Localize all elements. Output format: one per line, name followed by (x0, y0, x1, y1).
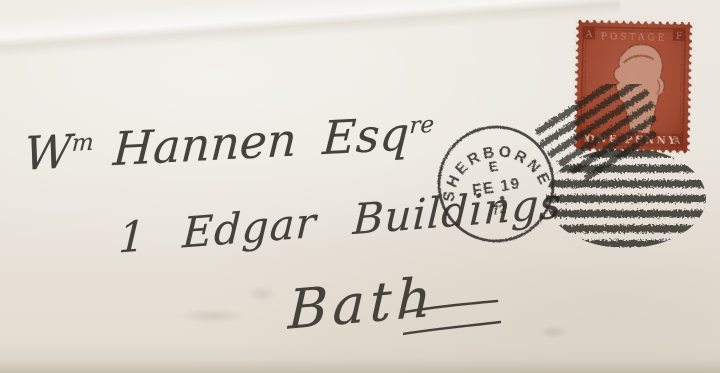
stamp-corner-letter-top-right: F (676, 32, 682, 42)
ink-smudge (165, 306, 260, 326)
recipient-initial: W (23, 124, 73, 181)
bath-underline-flourish (403, 296, 503, 344)
address-line-recipient: WmHannenEsqre (23, 105, 435, 181)
datestamp-dot (500, 196, 505, 201)
datestamp-index-letter: E (488, 159, 499, 175)
paper-crease (0, 0, 622, 82)
envelope-bottom-edge-shadow (0, 359, 720, 373)
recipient-surname: Hannen (112, 112, 298, 176)
stamp-top-inscription: POSTAGE (601, 32, 668, 43)
envelope-photo: WmHannenEsqre 1 Edgar Buildings Bath (0, 0, 720, 373)
ink-smudge (532, 324, 574, 340)
stamp-corner-letter-top-left: A (585, 30, 593, 40)
circular-datestamp: SHERBORNE E FE 19 72 (424, 112, 568, 256)
datestamp-year: 72 (491, 202, 507, 218)
honorific: Esq (321, 106, 410, 165)
ink-smudge (242, 283, 282, 305)
datestamp-date: FE 19 (471, 175, 522, 199)
recipient-initial-superscript: m (71, 130, 94, 157)
